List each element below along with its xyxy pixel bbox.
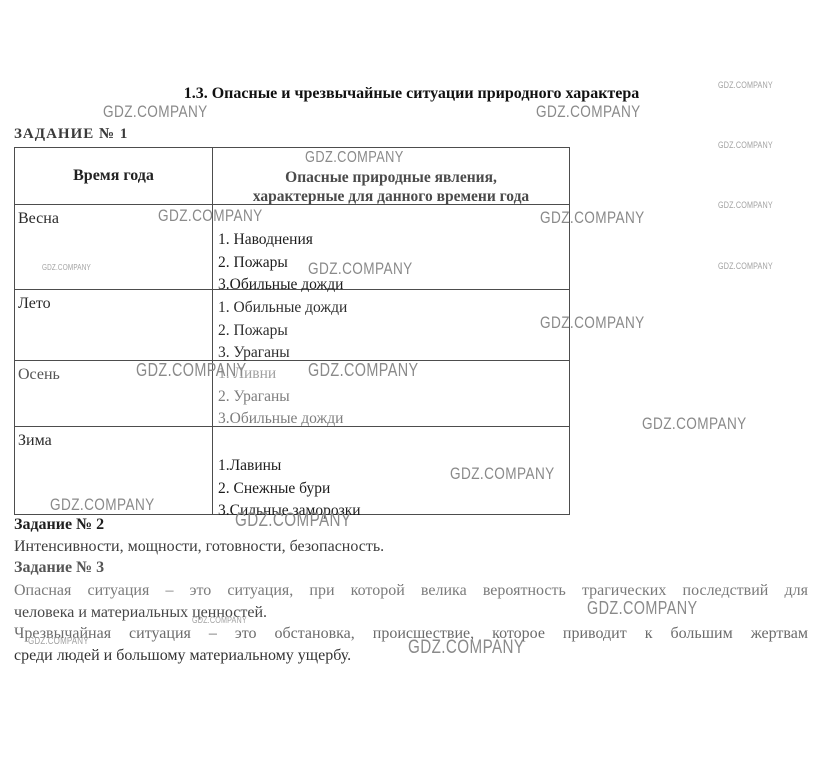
hazard-items: 1.Лавины2. Снежные бури3.Сильные замороз… — [213, 427, 569, 523]
gdz-company-watermark: GDZ.COMPANY — [642, 414, 747, 434]
table-row: Весна1. Наводнения2. Пожары3.Обильные до… — [15, 204, 569, 289]
task3-answer-line: человека и материальных ценностей. — [14, 602, 808, 624]
hazards-cell: 1.Лавины2. Снежные бури3.Сильные замороз… — [213, 427, 569, 514]
table-header-hazards-line1: Опасные природные явления, — [213, 168, 569, 187]
table-header-row: Время года Опасные природные явления, ха… — [15, 148, 569, 204]
seasons-hazards-table: Время года Опасные природные явления, ха… — [14, 147, 570, 515]
document-page: 1.3. Опасные и чрезвычайные ситуации при… — [0, 0, 823, 764]
task3-answer-line: Опасная ситуация – это ситуация, при кот… — [14, 580, 808, 602]
task3-answer-line: Чрезвычайная ситуация – это обстановка, … — [14, 623, 808, 645]
task2-heading: Задание № 2 — [14, 516, 104, 534]
hazard-item: 1. Наводнения — [218, 229, 569, 252]
gdz-company-watermark: GDZ.COMPANY — [103, 102, 208, 122]
season-cell: Зима — [15, 427, 213, 514]
hazards-cell: 1. Обильные дожди2. Пожары3. Ураганы — [213, 290, 569, 360]
table-row: Осень1. Ливни2. Ураганы3.Обильные дожди — [15, 360, 569, 426]
hazard-items: 1. Обильные дожди2. Пожары3. Ураганы — [213, 290, 569, 365]
hazards-cell: 1. Наводнения2. Пожары3.Обильные дожди — [213, 205, 569, 289]
page-title: 1.3. Опасные и чрезвычайные ситуации при… — [0, 85, 823, 103]
hazard-item: 1. Обильные дожди — [218, 297, 569, 320]
hazard-item: 1. Ливни — [218, 363, 569, 386]
table-header-season-col: Время года — [15, 148, 213, 204]
task2-answer: Интенсивности, мощности, готовности, без… — [14, 538, 384, 556]
task1-heading: ЗАДАНИЕ № 1 — [14, 126, 128, 143]
table-header-hazards-col: Опасные природные явления, характерные д… — [213, 148, 569, 204]
season-label: Зима — [15, 427, 212, 450]
table-row: Лето1. Обильные дожди2. Пожары3. Ураганы — [15, 289, 569, 360]
task3-answer-line: среди людей и большому материальному уще… — [14, 645, 808, 667]
season-label: Весна — [15, 205, 212, 228]
season-cell: Лето — [15, 290, 213, 360]
season-label: Лето — [15, 290, 212, 313]
hazard-item: 2. Пожары — [218, 320, 569, 343]
hazard-items: 1. Ливни2. Ураганы3.Обильные дожди — [213, 361, 569, 431]
hazard-item: 2. Ураганы — [218, 386, 569, 409]
table-header-hazards-line2: характерные для данного времени года — [213, 187, 569, 206]
hazard-item: 1.Лавины — [218, 455, 569, 478]
gdz-company-watermark: GDZ.COMPANY — [536, 102, 641, 122]
table-row: Зима1.Лавины2. Снежные бури3.Сильные зам… — [15, 426, 569, 514]
gdz-company-watermark: GDZ.COMPANY — [718, 140, 773, 150]
hazard-item: 2. Пожары — [218, 252, 569, 275]
hazard-item: 3.Сильные заморозки — [218, 500, 569, 523]
season-cell: Осень — [15, 361, 213, 426]
gdz-company-watermark: GDZ.COMPANY — [718, 200, 773, 210]
hazard-item: 2. Снежные бури — [218, 478, 569, 501]
season-label: Осень — [15, 361, 212, 384]
task3-heading: Задание № 3 — [14, 559, 104, 577]
hazard-items: 1. Наводнения2. Пожары3.Обильные дожди — [213, 205, 569, 297]
season-cell: Весна — [15, 205, 213, 289]
gdz-company-watermark: GDZ.COMPANY — [718, 261, 773, 271]
task3-answer: Опасная ситуация – это ситуация, при кот… — [14, 580, 808, 667]
hazards-cell: 1. Ливни2. Ураганы3.Обильные дожди — [213, 361, 569, 426]
